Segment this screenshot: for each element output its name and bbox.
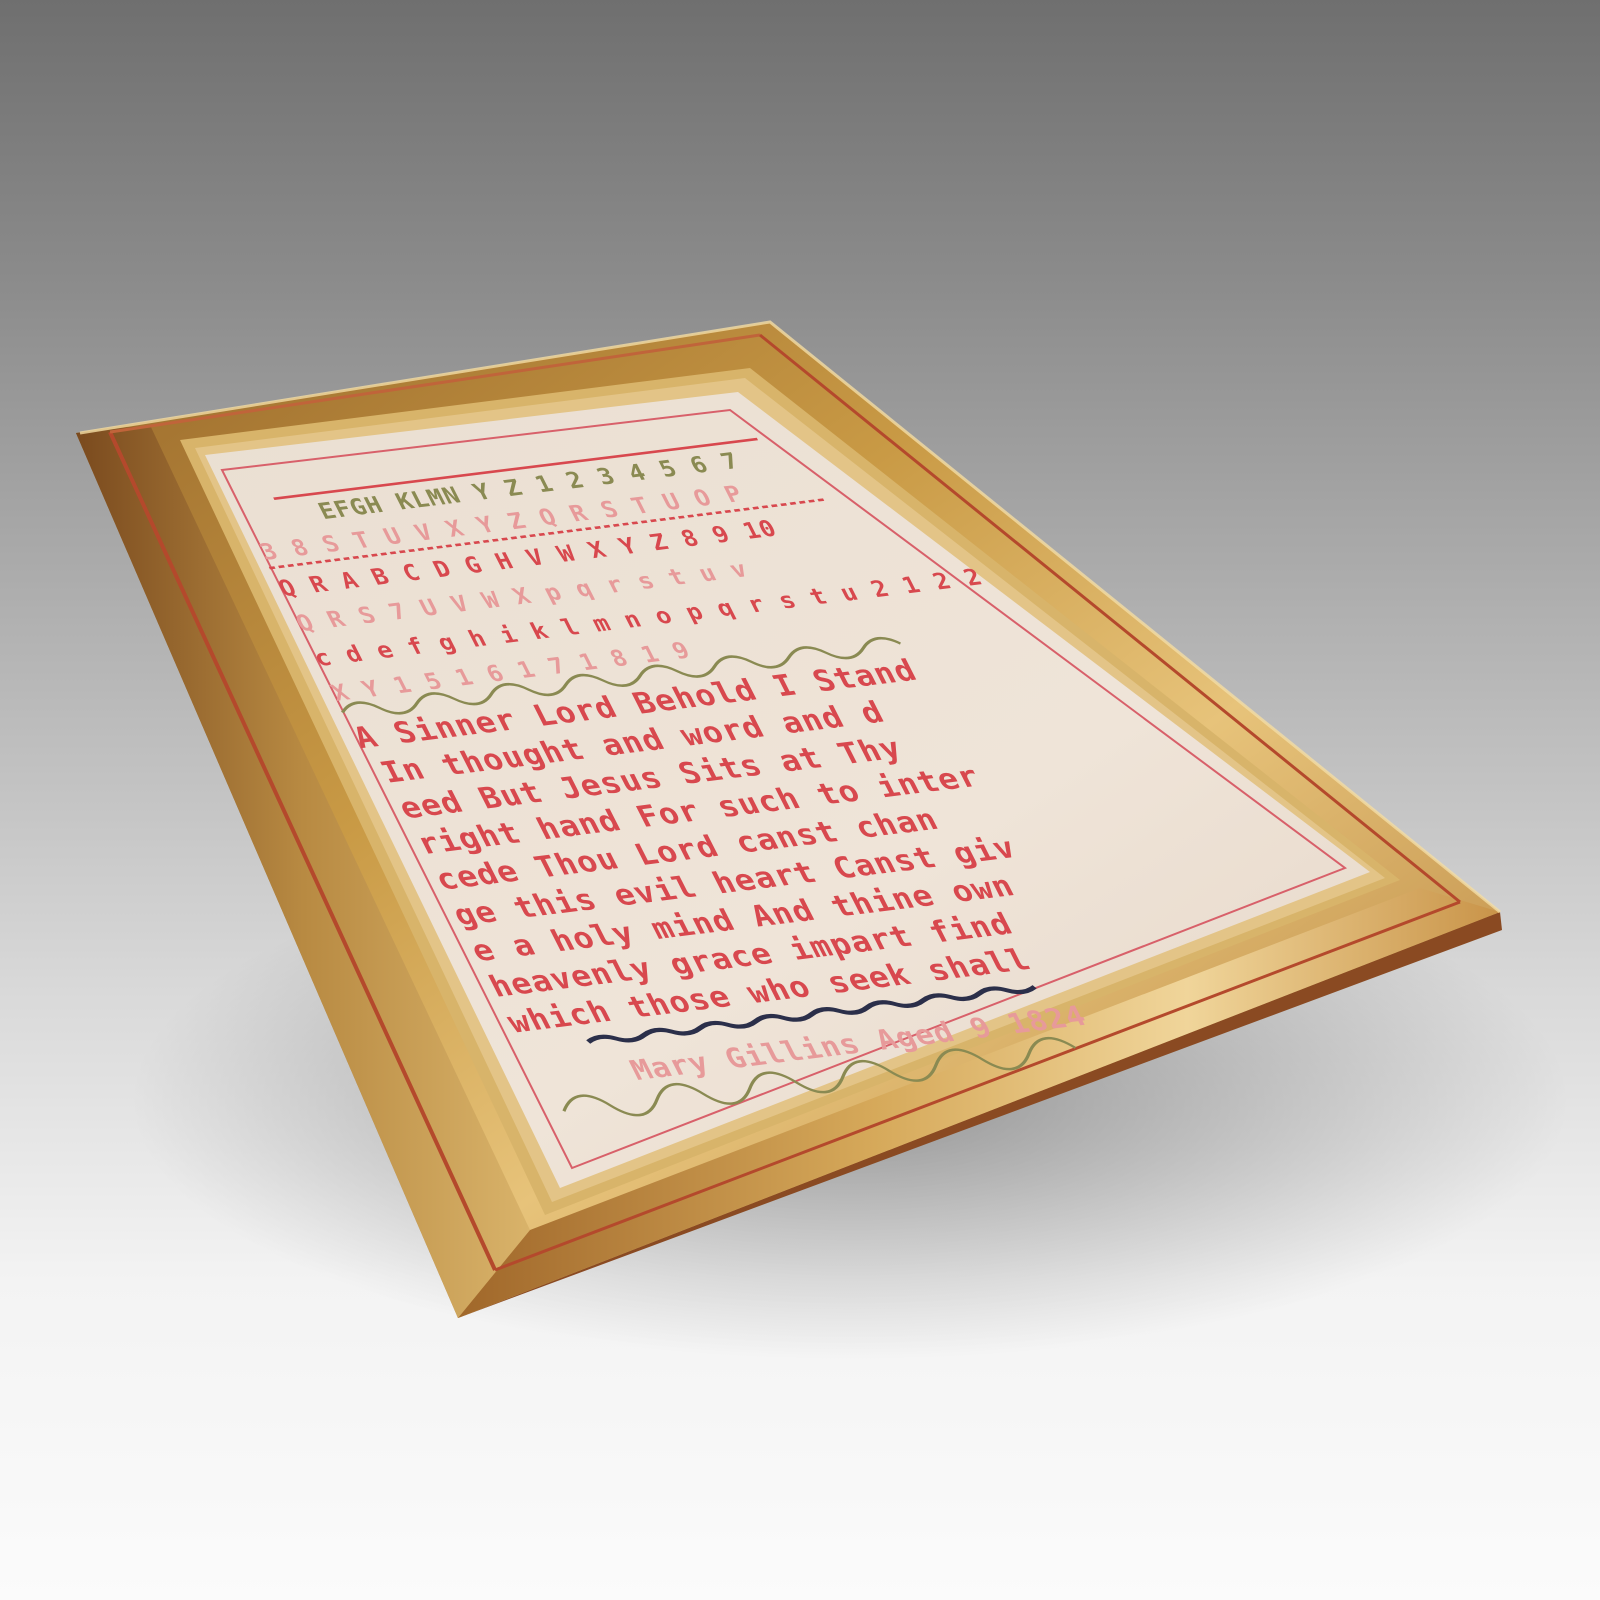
product-photo-scene: EFGH KLMN Y Z 1 2 3 4 5 6 7 3 8 S T U V …: [0, 0, 1600, 1600]
